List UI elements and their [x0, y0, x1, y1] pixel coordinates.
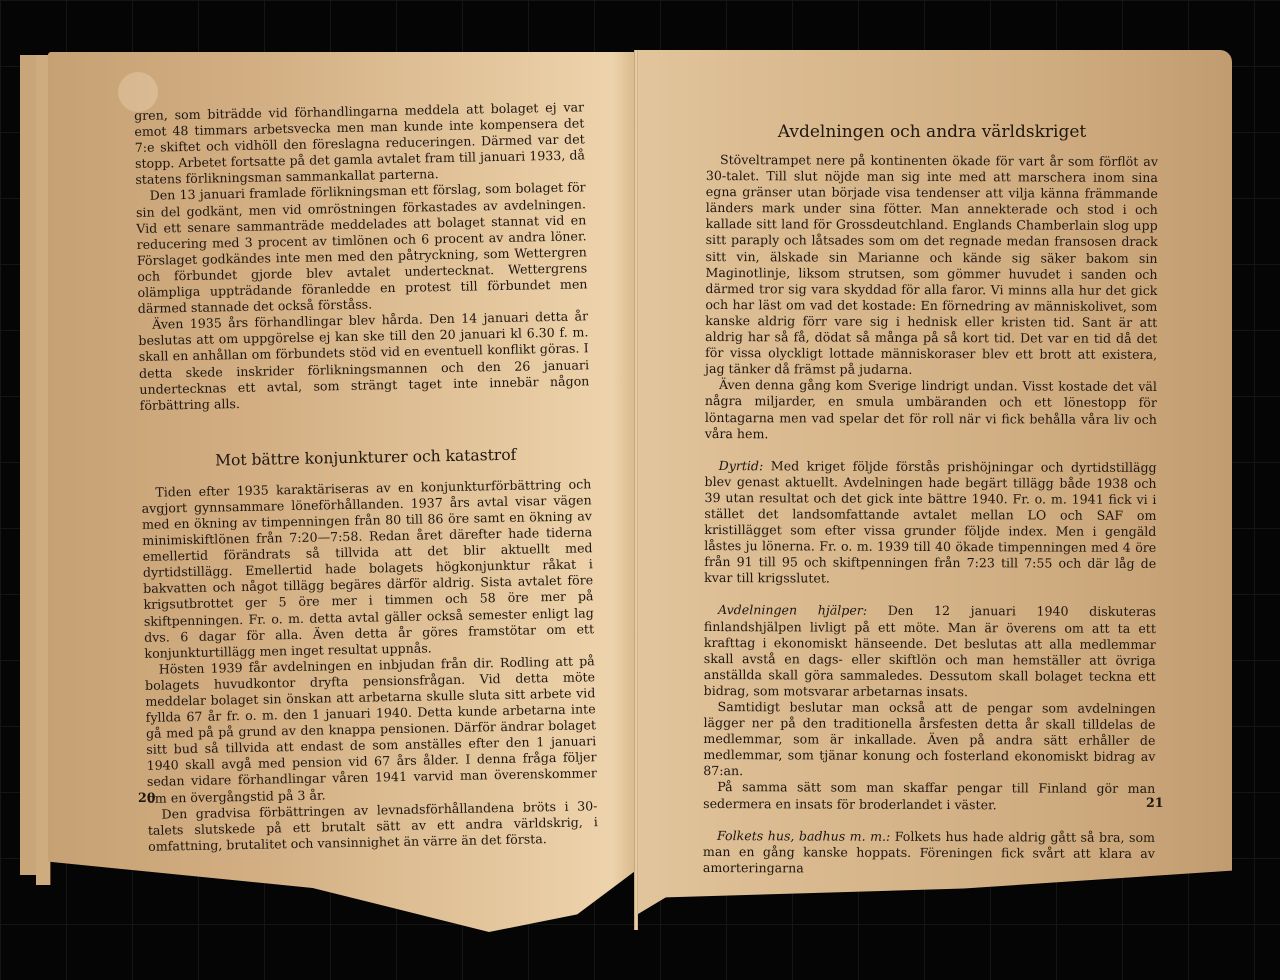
- paragraph-folkets-hus: Folkets hus, badhus m. m.: Folkets hus h…: [703, 828, 1155, 878]
- paragraph: Även denna gång kom Sverige lindrigt und…: [705, 377, 1157, 443]
- run-in-heading: Dyrtid:: [719, 458, 764, 473]
- paragraph: Hösten 1939 får avdelningen en inbjudan …: [145, 653, 598, 806]
- page-number: 20: [138, 790, 156, 805]
- paragraph: Samtidigt beslutar man också att de peng…: [703, 699, 1155, 781]
- run-in-heading: Avdelningen hjälper:: [718, 602, 867, 618]
- section-heading: Mot bättre konjunkturer och katastrof: [141, 443, 591, 472]
- paragraph: Tiden efter 1935 karaktäriseras av en ko…: [141, 476, 594, 662]
- paragraph: På samma sätt som man skaffar pengar til…: [703, 779, 1155, 813]
- page-number: 21: [1146, 795, 1164, 810]
- paragraph: Den gradvisa förbättringen av levnadsför…: [147, 798, 598, 855]
- right-page-text: Stöveltrampet nere på kontinenten ökade …: [703, 152, 1158, 878]
- paragraph: Den 13 januari framlade förlikningsman e…: [136, 180, 588, 317]
- paragraph: Även 1935 års förhandlingar blev hårda. …: [138, 309, 590, 414]
- run-in-heading: Folkets hus, badhus m. m.:: [717, 828, 890, 844]
- paragraph: gren, som biträdde vid förhandlingarna m…: [134, 99, 585, 188]
- paragraph-hjalper: Avdelningen hjälper: Den 12 januari 1940…: [704, 602, 1156, 701]
- chapter-heading: Avdelningen och andra världskriget: [706, 122, 1158, 142]
- paragraph: Stöveltrampet nere på kontinenten ökade …: [705, 152, 1158, 379]
- left-page-text: gren, som biträdde vid förhandlingarna m…: [134, 99, 598, 854]
- book-gutter: [634, 50, 638, 930]
- paragraph-dyrtid: Dyrtid: Med kriget följde förstås prishö…: [704, 458, 1157, 589]
